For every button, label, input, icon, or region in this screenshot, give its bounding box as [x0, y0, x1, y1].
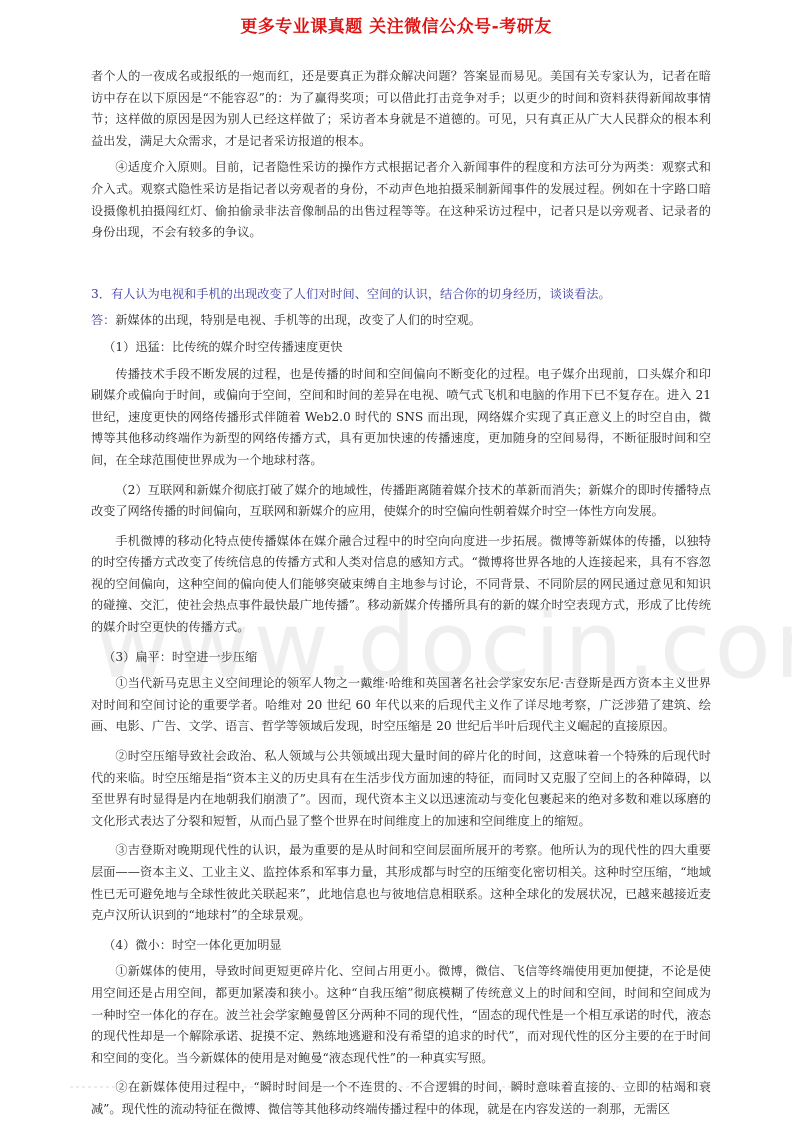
paragraph-principle-4: ④适度介入原则。目前，记者隐性采访的操作方式根据记者介入新闻事件的程度和方法可分…	[91, 157, 711, 243]
answer-intro: 答：新媒体的出现，特别是电视、手机等的出现，改变了人们的时空观。	[91, 310, 711, 332]
section-3-paragraph-3: ③吉登斯对晚期现代性的认识，最为重要的是从时间和空间层面所展开的考察。他所认为的…	[91, 840, 711, 926]
section-4-title: （4）微小：时空一体化更加明显	[91, 935, 711, 957]
section-3-paragraph-2: ②时空压缩导致社会政治、私人领域与公共领域出现大量时间的碎片化的时间，这意味着一…	[91, 746, 711, 832]
section-2-paragraph-1: （2）互联网和新媒介彻底打破了媒介的地域性，传播距离随着媒介技术的革新而消失；新…	[91, 480, 711, 523]
promo-banner-text: 更多专业课真题 关注微信公众号-考研友	[240, 17, 551, 37]
section-4-paragraph-2: ②在新媒体使用过程中，“瞬时时间是一个不连贯的、不合逻辑的时间，瞬时意味着直接的…	[91, 1077, 711, 1120]
section-3-title: （3）扁平：时空进一步压缩	[91, 647, 711, 669]
document-body: 者个人的一夜成名或报纸的一炮而红，还是要真正为群众解决问题？答案显而易见。美国有…	[91, 66, 711, 1121]
section-2-paragraph-2: 手机微博的移动化特点使传播媒体在媒介融合过程中的时空向向度进一步拓展。微博等新媒…	[91, 531, 711, 639]
section-4-paragraph-1: ①新媒体的使用，导致时间更短更碎片化、空间占用更小。微博，微信、飞信等终端使用更…	[91, 961, 711, 1069]
question-3: 3．有人认为电视和手机的出现改变了人们对时间、空间的认识，结合你的切身经历，谈谈…	[91, 284, 711, 306]
paragraph-continued: 者个人的一夜成名或报纸的一炮而红，还是要真正为群众解决问题？答案显而易见。美国有…	[91, 66, 711, 152]
answer-intro-text: 新媒体的出现，特别是电视、手机等的出现，改变了人们的时空观。	[115, 313, 481, 327]
section-1-title: （1）迅猛：比传统的媒介时空传播速度更快	[91, 337, 711, 359]
scan-noise-line	[70, 1086, 680, 1088]
promo-banner: 更多专业课真题 关注微信公众号-考研友	[0, 12, 792, 37]
section-3-paragraph-1: ①当代新马克思主义空间理论的领军人物之一戴维·哈维和英国著名社会学家安东尼·吉登…	[91, 673, 711, 738]
answer-label: 答：	[91, 313, 115, 327]
section-1-paragraph: 传播技术手段不断发展的过程，也是传播的时间和空间偏向不断变化的过程。电子媒介出现…	[91, 364, 711, 472]
